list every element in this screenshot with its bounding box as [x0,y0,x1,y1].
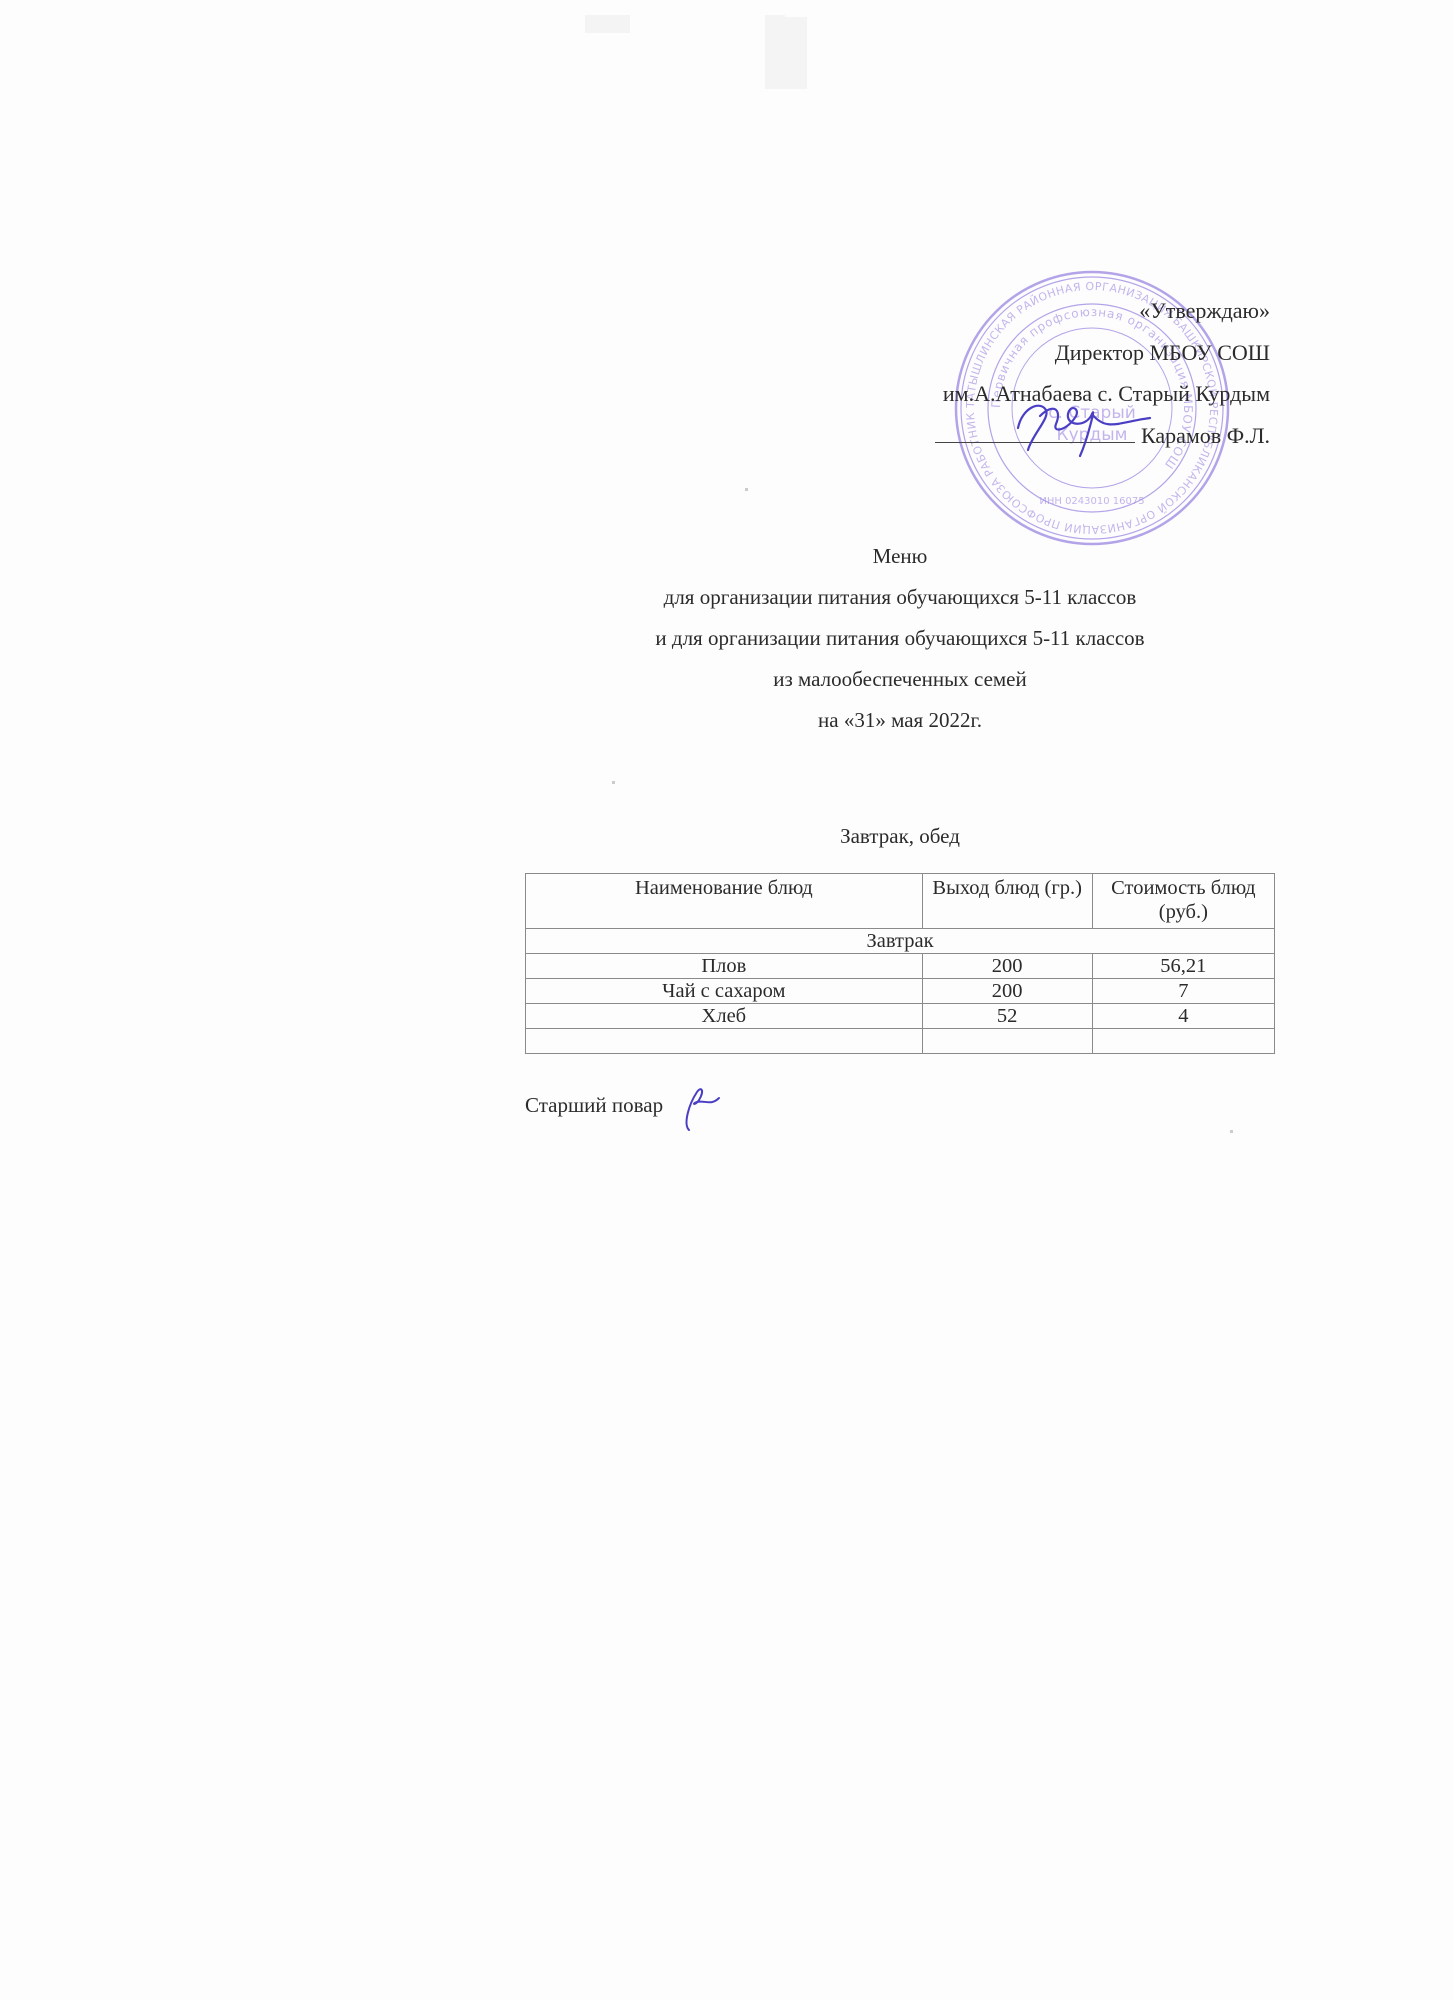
section-breakfast: Завтрак [526,929,1275,954]
dish-weight: 200 [922,979,1092,1004]
table-row: Хлеб 52 4 [526,1004,1275,1029]
svg-text:ИНН 0243010 16075: ИНН 0243010 16075 [1039,496,1144,507]
dish-name: Чай с сахаром [526,979,923,1004]
table-row: Плов 200 56,21 [526,954,1275,979]
document-title-block: Меню для организации питания обучающихся… [345,536,1454,741]
dish-weight: 200 [922,954,1092,979]
header-portion-weight: Выход блюд (гр.) [922,874,1092,929]
dish-name: Плов [526,954,923,979]
table-section-row: Завтрак [526,929,1275,954]
title-line-2: для организации питания обучающихся 5-11… [345,577,1454,618]
dish-price: 4 [1092,1004,1274,1029]
scan-speck [1230,1130,1233,1133]
dish-price: 56,21 [1092,954,1274,979]
dish-name [526,1029,923,1054]
scan-speck [745,488,748,491]
document-title: Меню [345,536,1454,577]
dish-weight: 52 [922,1004,1092,1029]
dish-price [1092,1029,1274,1054]
scan-artifact [765,17,807,89]
scan-speck [612,781,615,784]
table-row: Чай с сахаром 200 7 [526,979,1275,1004]
cook-signature [675,1084,725,1134]
dish-price: 7 [1092,979,1274,1004]
table-row-empty [526,1029,1275,1054]
dish-weight [922,1029,1092,1054]
senior-cook-label: Старший повар [525,1093,663,1118]
title-line-3: и для организации питания обучающихся 5-… [345,618,1454,659]
document-page: ТАТЫШЛИНСКАЯ РАЙОННАЯ ОРГАНИЗАЦИЯ БАШКИР… [0,0,1454,2000]
meal-caption: Завтрак, обед [525,824,1275,849]
director-signature [1010,380,1160,460]
title-date: на «31» мая 2022г. [345,700,1454,741]
scan-artifact [585,15,630,33]
table-header-row: Наименование блюд Выход блюд (гр.) Стоим… [526,874,1275,929]
header-dish-name: Наименование блюд [526,874,923,929]
approval-heading: «Утверждаю» [935,290,1270,332]
menu-table: Наименование блюд Выход блюд (гр.) Стоим… [525,873,1275,1054]
title-line-4: из малообеспеченных семей [345,659,1454,700]
approval-signatory: Карамов Ф.Л. [1141,423,1270,448]
approval-position: Директор МБОУ СОШ [935,332,1270,374]
dish-name: Хлеб [526,1004,923,1029]
header-price: Стоимость блюд (руб.) [1092,874,1274,929]
